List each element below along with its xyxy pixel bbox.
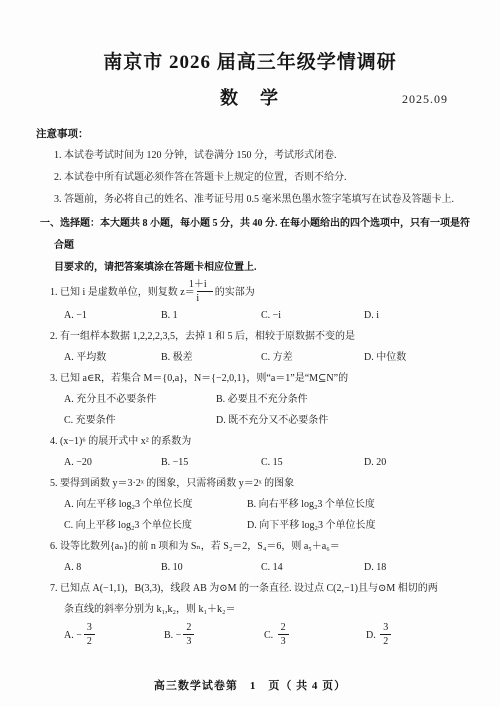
subject-row: 数 学 2025.09 <box>0 84 500 112</box>
q4-option-c: C. 15 <box>261 452 364 473</box>
q7-option-b-numerator: 2 <box>183 622 194 635</box>
q2-option-c: C. 方差 <box>261 347 364 368</box>
exam-title: 南京市 2026 届高三年级学情调研 <box>0 50 500 76</box>
question-7-stem: 7. 已知点 A(−1,1)，B(3,3)，线段 AB 为⊙M 的一条直径. 设… <box>50 578 474 620</box>
exam-paper: 南京市 2026 届高三年级学情调研 数 学 2025.09 注意事项： 1. … <box>0 0 500 707</box>
q7-option-c-fraction: 23 <box>278 622 289 647</box>
q5-option-b: B. 向右平移 log₂3 个单位长度 <box>247 494 500 515</box>
notice-item-2: 2. 本试卷中所有试题必须作答在答题卡上规定的位置，否则不给分. <box>54 167 500 189</box>
q7-option-b-fraction: 23 <box>183 622 194 647</box>
exam-date: 2025.09 <box>402 89 448 110</box>
section-heading: 一、选择题：本大题共 8 小题，每小题 5 分，共 40 分. 在每小题给出的四… <box>40 213 472 279</box>
q6-option-a: A. 8 <box>64 557 161 578</box>
q1-fraction-denominator: i <box>197 292 213 304</box>
question-5-stem: 5. 要得到函数 y＝3·2ˣ 的图象，只需将函数 y＝2ˣ 的图象 <box>50 473 474 494</box>
notice-block: 注意事项： 1. 本试卷考试时间为 120 分钟，试卷满分 150 分，考试形式… <box>36 124 500 211</box>
q6-option-d: D. 18 <box>364 557 500 578</box>
q7-option-d: D. 32 <box>366 623 500 648</box>
notice-item-3: 3. 答题前，务必将自己的姓名、准考证号用 0.5 毫米黑色墨水签字笔填写在试卷… <box>54 189 500 211</box>
q7-option-a: A. −32 <box>64 623 164 648</box>
q7-option-d-denominator: 2 <box>380 635 391 647</box>
q4-option-a: A. −20 <box>64 452 161 473</box>
question-3-options-row1: A. 充分且不必要条件 B. 必要且不充分条件 <box>64 389 500 410</box>
q3-option-a: A. 充分且不必要条件 <box>64 389 216 410</box>
q1-fraction: 1＋ii <box>197 279 213 304</box>
q7-stem-line2: 条直线的斜率分别为 k₁,k₂，则 k₁＋k₂＝ <box>64 604 235 615</box>
q3-option-c: C. 充要条件 <box>64 410 216 431</box>
section-heading-line2: 目要求的，请把答案填涂在答题卡相应位置上. <box>54 262 257 273</box>
section-heading-line1: 一、选择题：本大题共 8 小题，每小题 5 分，共 40 分. 在每小题给出的四… <box>40 218 470 251</box>
question-6-stem: 6. 设等比数列{aₙ}的前 n 项和为 Sₙ，若 S₂＝2，S₄＝6，则 a₅… <box>50 536 474 557</box>
question-list: 1. 已知 i 是虚数单位，则复数 z＝1＋ii的实部为 A. −1 B. 1 … <box>0 280 500 650</box>
q7-stem-line1: 7. 已知点 A(−1,1)，B(3,3)，线段 AB 为⊙M 的一条直径. 设… <box>50 583 438 594</box>
q7-option-b-denominator: 3 <box>183 635 194 647</box>
question-6-options: A. 8 B. 10 C. 14 D. 18 <box>64 557 500 578</box>
q7-option-d-label: D. <box>366 629 378 640</box>
q1-stem-post: 的实部为 <box>215 287 255 298</box>
question-2-options: A. 平均数 B. 极差 C. 方差 D. 中位数 <box>64 347 500 368</box>
q7-option-b: B. −23 <box>164 623 264 648</box>
q7-option-a-numerator: 3 <box>84 622 95 635</box>
question-1-options: A. −1 B. 1 C. −i D. i <box>64 305 500 326</box>
q4-option-d: D. 20 <box>364 452 500 473</box>
q7-option-a-fraction: 32 <box>84 622 95 647</box>
question-4-stem: 4. (x−1)⁶ 的展开式中 x² 的系数为 <box>50 431 474 452</box>
q2-option-d: D. 中位数 <box>364 347 500 368</box>
page-footer: 高三数学试卷第 1 页（ 共 4 页） <box>0 676 500 697</box>
q7-option-a-denominator: 2 <box>84 635 95 647</box>
q7-option-a-label: A. − <box>64 629 82 640</box>
notice-heading: 注意事项： <box>36 124 500 145</box>
q1-option-b: B. 1 <box>161 305 261 326</box>
q1-option-c: C. −i <box>261 305 364 326</box>
q4-option-b: B. −15 <box>161 452 261 473</box>
q6-option-b: B. 10 <box>161 557 261 578</box>
q5-option-d: D. 向下平移 log₂3 个单位长度 <box>247 515 500 536</box>
q6-option-c: C. 14 <box>261 557 364 578</box>
notice-item-1: 1. 本试卷考试时间为 120 分钟，试卷满分 150 分，考试形式闭卷. <box>54 145 500 167</box>
q7-option-d-fraction: 32 <box>380 622 391 647</box>
q1-fraction-numerator: 1＋i <box>197 279 213 292</box>
q1-option-d: D. i <box>364 305 500 326</box>
question-2-stem: 2. 有一组样本数据 1,2,2,2,3,5，去掉 1 和 5 后，相较于原数据… <box>50 326 474 347</box>
q5-option-a: A. 向左平移 log₂3 个单位长度 <box>64 494 247 515</box>
question-5-options-row2: C. 向上平移 log₂3 个单位长度 D. 向下平移 log₂3 个单位长度 <box>64 515 500 536</box>
q7-option-c: C. 23 <box>264 623 366 648</box>
question-5-options-row1: A. 向左平移 log₂3 个单位长度 B. 向右平移 log₂3 个单位长度 <box>64 494 500 515</box>
q7-option-b-label: B. − <box>164 629 181 640</box>
q7-option-c-denominator: 3 <box>278 635 289 647</box>
question-7-options: A. −32 B. −23 C. 23 D. 32 <box>64 620 500 650</box>
question-1-stem: 1. 已知 i 是虚数单位，则复数 z＝1＋ii的实部为 <box>50 280 474 305</box>
question-4-options: A. −20 B. −15 C. 15 D. 20 <box>64 452 500 473</box>
q3-option-d: D. 既不充分又不必要条件 <box>216 410 500 431</box>
question-3-options-row2: C. 充要条件 D. 既不充分又不必要条件 <box>64 410 500 431</box>
q7-option-d-numerator: 3 <box>380 622 391 635</box>
q7-option-c-numerator: 2 <box>278 622 289 635</box>
q3-option-b: B. 必要且不充分条件 <box>216 389 500 410</box>
q2-option-b: B. 极差 <box>161 347 261 368</box>
q5-option-c: C. 向上平移 log₂3 个单位长度 <box>64 515 247 536</box>
q7-option-c-label: C. <box>264 629 276 640</box>
q1-option-a: A. −1 <box>64 305 161 326</box>
q2-option-a: A. 平均数 <box>64 347 161 368</box>
question-3-stem: 3. 已知 a∈R，若集合 M＝{0,a}，N＝{−2,0,1}，则“a＝1”是… <box>50 368 474 389</box>
q1-stem-pre: 1. 已知 i 是虚数单位，则复数 z＝ <box>50 287 195 298</box>
